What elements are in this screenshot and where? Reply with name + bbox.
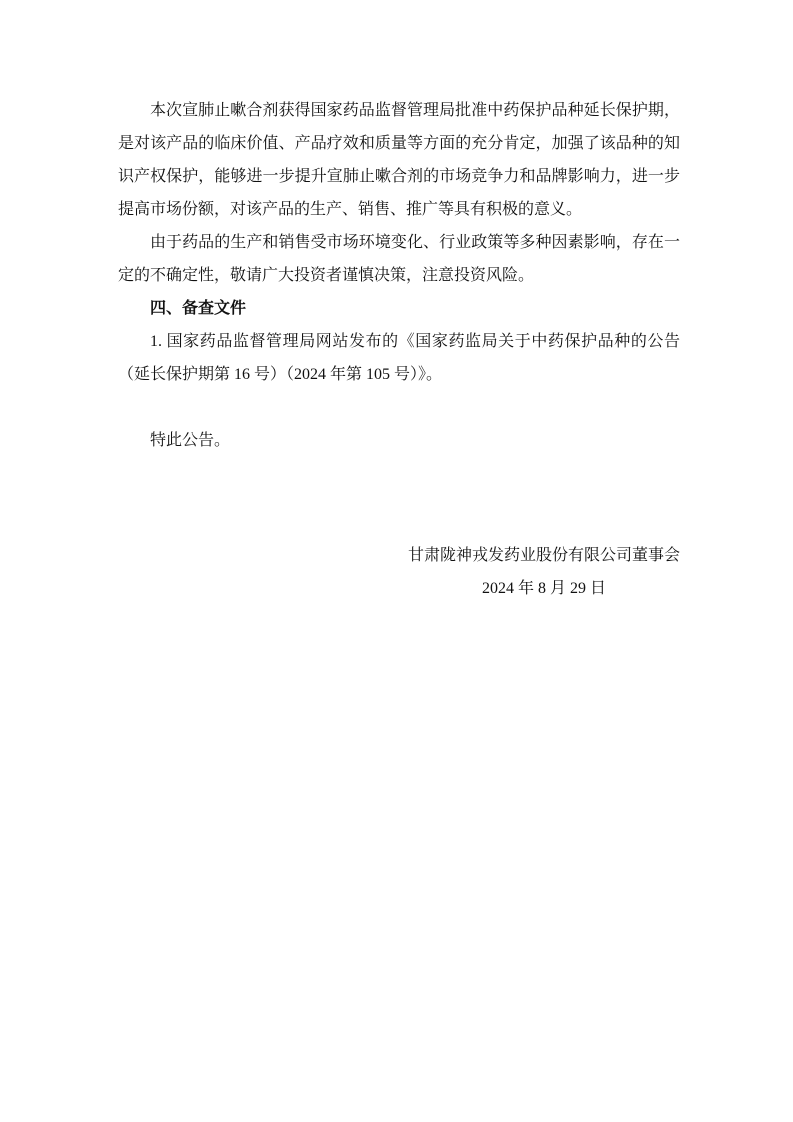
paragraph-risk-notice: 由于药品的生产和销售受市场环境变化、行业政策等多种因素影响，存在一定的不确定性，… [118,226,680,292]
list-item-reference-document: 1. 国家药品监督管理局网站发布的《国家药监局关于中药保护品种的公告（延长保护期… [118,325,680,391]
paragraph-approval-significance: 本次宣肺止嗽合剂获得国家药品监督管理局批准中药保护品种延长保护期，是对该产品的临… [118,94,680,226]
signature-block: 甘肃陇神戎发药业股份有限公司董事会 2024 年 8 月 29 日 [408,539,680,605]
section-heading-reference-documents: 四、备查文件 [118,292,680,325]
closing-statement: 特此公告。 [118,424,680,457]
document-page: 本次宣肺止嗽合剂获得国家药品监督管理局批准中药保护品种延长保护期，是对该产品的临… [0,0,793,1122]
company-board-name: 甘肃陇神戎发药业股份有限公司董事会 [408,539,680,572]
announcement-date: 2024 年 8 月 29 日 [408,572,680,605]
